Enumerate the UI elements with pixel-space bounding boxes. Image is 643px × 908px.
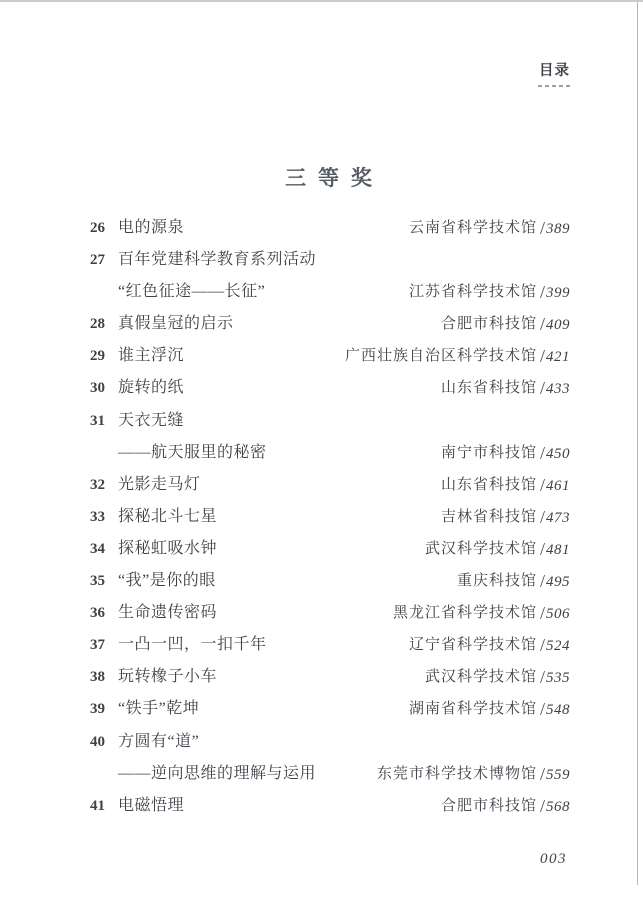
toc-entry-page: 506 xyxy=(546,603,570,624)
toc-entry-title: 百年党建科学教育系列活动 xyxy=(118,250,316,269)
document-page: { "page": { "header_label": "目录", "secti… xyxy=(0,0,643,908)
toc-entry-title: 电的源泉 xyxy=(118,218,184,237)
toc-page-slash: / xyxy=(540,282,545,301)
toc-entry-organization: 南宁市科技馆 xyxy=(441,443,537,463)
toc-entry-number: 26 xyxy=(90,218,118,238)
page-header-label: 目录 xyxy=(0,59,570,80)
toc-entry-page: 461 xyxy=(546,475,570,496)
toc-row: 33探秘北斗七星吉林省科技馆/473 xyxy=(90,507,570,539)
toc-row: 36生命遗传密码黑龙江省科学技术馆/506 xyxy=(90,603,570,635)
toc-entry-title: 真假皇冠的启示 xyxy=(118,314,234,333)
toc-entry-title: 生命遗传密码 xyxy=(118,603,217,622)
toc-row: 31天衣无缝 xyxy=(90,411,570,443)
page-right-edge-line xyxy=(637,2,638,885)
toc-page-slash: / xyxy=(540,764,545,783)
toc-entry-page: 433 xyxy=(546,378,570,399)
toc-entry-page: 559 xyxy=(546,764,570,785)
toc-row: 28真假皇冠的启示合肥市科技馆/409 xyxy=(90,314,570,346)
toc-entry-title: 方圆有“道” xyxy=(118,732,199,751)
toc-entry-title: ——逆向思维的理解与运用 xyxy=(118,764,316,783)
toc-entry-page: 535 xyxy=(546,667,570,688)
toc-entry-title: 电磁悟理 xyxy=(118,796,184,815)
toc-entry-title: 探秘虹吸水钟 xyxy=(118,539,217,558)
toc-entry-organization: 东莞市科学技术博物馆 xyxy=(377,764,537,784)
toc-entry-organization: 黑龙江省科学技术馆 xyxy=(393,603,537,623)
toc-page-slash: / xyxy=(540,378,545,397)
toc-entry-organization: 广西壮族自治区科学技术馆 xyxy=(345,346,537,366)
toc-row: 29谁主浮沉广西壮族自治区科学技术馆/421 xyxy=(90,346,570,378)
toc-page-slash: / xyxy=(540,507,545,526)
toc-entry-organization: 合肥市科技馆 xyxy=(441,796,537,816)
toc-entry-page: 481 xyxy=(546,539,570,560)
toc-entry-number: 34 xyxy=(90,539,118,559)
toc-row: 35“我”是你的眼重庆科技馆/495 xyxy=(90,571,570,603)
toc-row: 41电磁悟理合肥市科技馆/568 xyxy=(90,796,570,828)
toc-entry-number: 27 xyxy=(90,250,118,270)
toc-entry-title: ——航天服里的秘密 xyxy=(118,443,267,462)
toc-entry-page: 548 xyxy=(546,699,570,720)
toc-row: 39“铁手”乾坤湖南省科学技术馆/548 xyxy=(90,699,570,731)
toc-entry-page: 399 xyxy=(546,282,570,303)
section-title: 三 等 奖 xyxy=(90,162,570,192)
toc-entry-number xyxy=(90,282,118,283)
toc-entry-number: 32 xyxy=(90,475,118,495)
page-top-edge-line xyxy=(0,0,643,2)
toc-entry-title: 探秘北斗七星 xyxy=(118,507,217,526)
toc-entry-title: 谁主浮沉 xyxy=(118,346,184,365)
toc-entry-number: 28 xyxy=(90,314,118,334)
toc-row: “红色征途——长征”江苏省科学技术馆/399 xyxy=(90,282,570,314)
toc-page-slash: / xyxy=(540,218,545,237)
toc-entry-organization: 吉林省科技馆 xyxy=(441,507,537,527)
toc-entry-page: 389 xyxy=(546,218,570,239)
toc-entry-page: 421 xyxy=(546,346,570,367)
toc-entry-page: 495 xyxy=(546,571,570,592)
toc-entry-number: 40 xyxy=(90,732,118,752)
toc-row: 32光影走马灯山东省科技馆/461 xyxy=(90,475,570,507)
toc-page-slash: / xyxy=(540,475,545,494)
toc-entry-page: 450 xyxy=(546,443,570,464)
toc-page-slash: / xyxy=(540,603,545,622)
toc-entry-page: 568 xyxy=(546,796,570,817)
toc-entry-organization: 山东省科技馆 xyxy=(441,378,537,398)
toc-entry-organization: 云南省科学技术馆 xyxy=(409,218,537,238)
toc-row: 26电的源泉云南省科学技术馆/389 xyxy=(90,218,570,250)
toc-page-slash: / xyxy=(540,571,545,590)
toc-entry-number xyxy=(90,764,118,765)
toc-page-slash: / xyxy=(540,699,545,718)
toc-page-slash: / xyxy=(540,635,545,654)
toc-entry-title: 光影走马灯 xyxy=(118,475,201,494)
toc-entry-organization: 江苏省科学技术馆 xyxy=(409,282,537,302)
toc-page-slash: / xyxy=(540,667,545,686)
toc-entry-title: 旋转的纸 xyxy=(118,378,184,397)
toc-entry-title: 一凸一凹，一扣千年 xyxy=(118,635,267,654)
toc-entry-title: “红色征途——长征” xyxy=(118,282,265,301)
toc-entry-number xyxy=(90,443,118,444)
page-number: 003 xyxy=(0,851,567,868)
toc-entry-organization: 合肥市科技馆 xyxy=(441,314,537,334)
toc-entry-title: “铁手”乾坤 xyxy=(118,699,199,718)
toc-entry-number: 29 xyxy=(90,346,118,366)
toc-row: 40方圆有“道” xyxy=(90,732,570,764)
toc-page-slash: / xyxy=(540,443,545,462)
toc-entry-organization: 辽宁省科学技术馆 xyxy=(409,635,537,655)
header-dashed-underline xyxy=(538,85,572,87)
toc-entry-organization: 重庆科技馆 xyxy=(457,571,537,591)
toc-entry-organization: 山东省科技馆 xyxy=(441,475,537,495)
toc-entry-number: 39 xyxy=(90,699,118,719)
toc-row: 34探秘虹吸水钟武汉科学技术馆/481 xyxy=(90,539,570,571)
toc-entry-number: 33 xyxy=(90,507,118,527)
toc-entry-organization: 武汉科学技术馆 xyxy=(425,667,537,687)
toc-page-slash: / xyxy=(540,314,545,333)
toc-entry-title: “我”是你的眼 xyxy=(118,571,216,590)
toc-entry-page: 524 xyxy=(546,635,570,656)
toc-page-slash: / xyxy=(540,539,545,558)
toc-entry-title: 天衣无缝 xyxy=(118,411,184,430)
toc-entry-number: 41 xyxy=(90,796,118,816)
toc-entry-number: 37 xyxy=(90,635,118,655)
toc-row: 30旋转的纸山东省科技馆/433 xyxy=(90,378,570,410)
toc-list: 26电的源泉云南省科学技术馆/38927百年党建科学教育系列活动“红色征途——长… xyxy=(90,218,570,828)
toc-entry-number: 30 xyxy=(90,378,118,398)
toc-page-slash: / xyxy=(540,796,545,815)
toc-entry-number: 38 xyxy=(90,667,118,687)
toc-entry-number: 36 xyxy=(90,603,118,623)
toc-entry-page: 409 xyxy=(546,314,570,335)
toc-entry-number: 31 xyxy=(90,411,118,431)
toc-entry-organization: 湖南省科学技术馆 xyxy=(409,699,537,719)
toc-row: 37一凸一凹，一扣千年辽宁省科学技术馆/524 xyxy=(90,635,570,667)
toc-entry-title: 玩转橡子小车 xyxy=(118,667,217,686)
toc-entry-number: 35 xyxy=(90,571,118,591)
toc-row: 27百年党建科学教育系列活动 xyxy=(90,250,570,282)
toc-page-slash: / xyxy=(540,346,545,365)
toc-entry-organization: 武汉科学技术馆 xyxy=(425,539,537,559)
toc-entry-page: 473 xyxy=(546,507,570,528)
toc-row: ——逆向思维的理解与运用东莞市科学技术博物馆/559 xyxy=(90,764,570,796)
toc-row: ——航天服里的秘密南宁市科技馆/450 xyxy=(90,443,570,475)
toc-row: 38玩转橡子小车武汉科学技术馆/535 xyxy=(90,667,570,699)
